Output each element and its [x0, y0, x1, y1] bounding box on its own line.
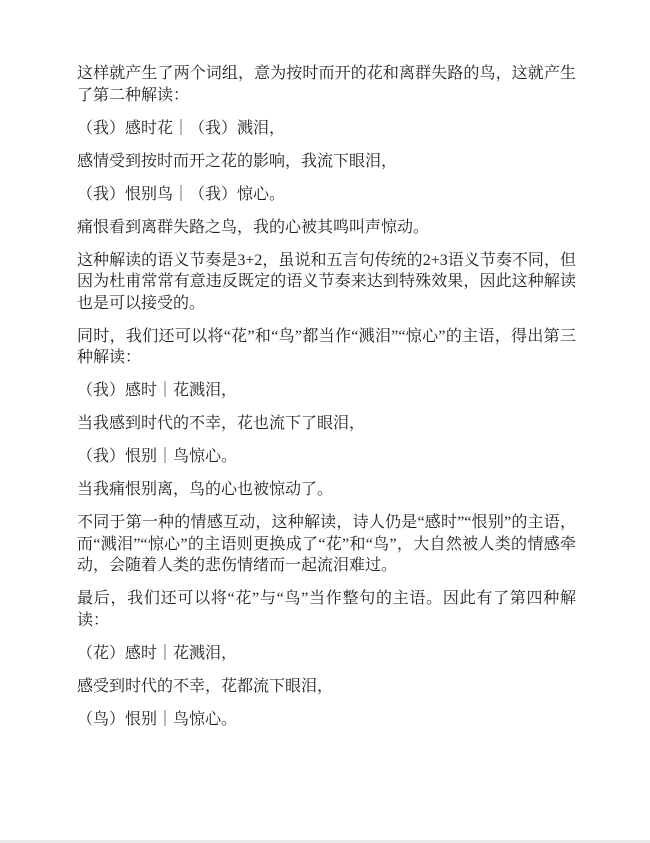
- text-paragraph: 当我痛恨别离，鸟的心也被惊动了。: [77, 479, 576, 501]
- document-page: 这样就产生了两个词组，意为按时而开的花和离群失路的鸟，这就产生了第二种解读： （…: [0, 0, 650, 840]
- verse-reading-line: （我）感时｜花溅泪，: [77, 380, 576, 402]
- text-paragraph: 最后，我们还可以将“花”与“鸟”当作整句的主语。因此有了第四种解读：: [77, 588, 576, 631]
- verse-reading-line: （我）恨别｜鸟惊心。: [77, 446, 576, 468]
- text-paragraph: 不同于第一种的情感互动，这种解读，诗人仍是“感时”“恨别”的主语，而“溅泪”“惊…: [77, 512, 576, 577]
- text-paragraph: 感情受到按时而开之花的影响，我流下眼泪，: [77, 151, 576, 173]
- verse-reading-line: （我）恨别鸟｜（我）惊心。: [77, 184, 576, 206]
- text-paragraph: 这种解读的语义节奏是3+2，虽说和五言句传统的2+3语义节奏不同，但因为杜甫常常…: [77, 250, 576, 315]
- text-paragraph: 感受到时代的不幸，花都流下眼泪，: [77, 676, 576, 698]
- text-paragraph: 当我感到时代的不幸，花也流下了眼泪，: [77, 413, 576, 435]
- verse-reading-line: （我）感时花｜（我）溅泪，: [77, 118, 576, 140]
- verse-reading-line: （花）感时｜花溅泪，: [77, 643, 576, 665]
- text-paragraph: 这样就产生了两个词组，意为按时而开的花和离群失路的鸟，这就产生了第二种解读：: [77, 63, 576, 106]
- document-text-body: 这样就产生了两个词组，意为按时而开的花和离群失路的鸟，这就产生了第二种解读： （…: [0, 0, 650, 730]
- text-paragraph: 同时，我们还可以将“花”和“鸟”都当作“溅泪”“惊心”的主语，得出第三种解读：: [77, 326, 576, 369]
- verse-reading-line: （鸟）恨别｜鸟惊心。: [77, 709, 576, 731]
- text-paragraph: 痛恨看到离群失路之鸟，我的心被其鸣叫声惊动。: [77, 217, 576, 239]
